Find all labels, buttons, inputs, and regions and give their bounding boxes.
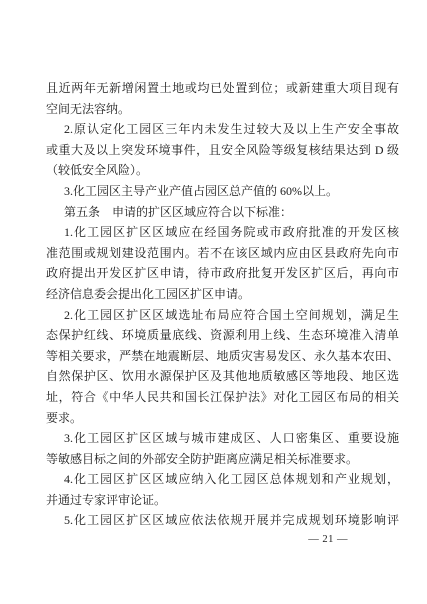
page-number: — 21 —: [308, 534, 348, 545]
document-page: 且近两年无新增闲置土地或均已处置到位；或新建重大项目现有空间无法容纳。2.原认定…: [0, 0, 427, 604]
text-line: 经济信息委会提出化工园区扩区申请。: [46, 284, 399, 305]
text-line: 址，符合《中华人民共和国长江保护法》对化工园区布局的相关: [46, 387, 399, 408]
text-line: 且近两年无新增闲置土地或均已处置到位；或新建重大项目现有: [46, 78, 399, 99]
text-line: 3.化工园区扩区区域与城市建成区、人口密集区、重要设施: [46, 428, 399, 449]
text-line: 政府提出开发区扩区申请，待市政府批复开发区扩区后，再向市: [46, 263, 399, 284]
text-line: 4.化工园区扩区区域应纳入化工园区总体规划和产业规划，: [46, 469, 399, 490]
text-line: 第五条 申请的扩区区域应符合以下标准：: [46, 202, 399, 223]
text-line: 或重大及以上突发环境事件，且安全风险等级复核结果达到 D 级: [46, 140, 399, 161]
text-line: 等敏感目标之间的外部安全防护距离应满足相关标准要求。: [46, 449, 399, 470]
text-line: 准范围或规划建设范围内。若不在该区域内应由区县政府先向市: [46, 243, 399, 264]
text-line: 自然保护区、饮用水源保护区及其他地质敏感区等地段、地区选: [46, 366, 399, 387]
text-line: 1.化工园区扩区区域应在经国务院或市政府批准的开发区核: [46, 222, 399, 243]
text-line: 并通过专家评审论证。: [46, 490, 399, 511]
text-line: 3.化工园区主导产业产值占园区总产值的 60%以上。: [46, 181, 399, 202]
text-line: 5.化工园区扩区区域应依法依规开展并完成规划环境影响评: [46, 510, 399, 531]
text-line: （较低安全风险）。: [46, 160, 399, 181]
text-line: 态保护红线、环境质量底线、资源利用上线、生态环境准入清单: [46, 325, 399, 346]
body-text: 且近两年无新增闲置土地或均已处置到位；或新建重大项目现有空间无法容纳。2.原认定…: [46, 78, 399, 531]
text-line: 2.原认定化工园区三年内未发生过较大及以上生产安全事故: [46, 119, 399, 140]
text-line: 空间无法容纳。: [46, 99, 399, 120]
text-line: 等相关要求，严禁在地震断层、地质灾害易发区、永久基本农田、: [46, 346, 399, 367]
text-line: 要求。: [46, 408, 399, 429]
text-line: 2.化工园区扩区区域选址布局应符合国土空间规划，满足生: [46, 305, 399, 326]
